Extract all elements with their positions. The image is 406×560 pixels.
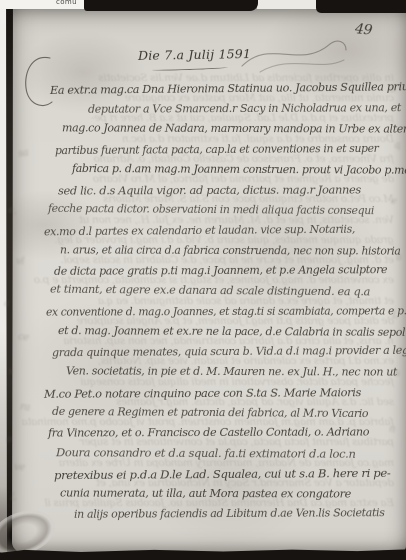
ink-smudge: sa — [17, 147, 29, 159]
bleed-through-line: pretexibus ei p.d.a D.le Lad. Squalea, c… — [14, 112, 394, 124]
ink-smudge: ve — [14, 462, 26, 474]
bleed-through-line: partibus fuerunt facta pacta, cap.la et … — [14, 436, 394, 448]
bleed-through-line: Ven. societatis, in pie et d. M. Mauren … — [14, 214, 394, 226]
ink-smudge: il — [389, 84, 397, 96]
ink-smudge: e — [391, 196, 397, 207]
bleed-through-line: in alijs operibus faciendis ad Libitum d… — [14, 72, 394, 84]
bleed-through-line: cunia numerata, ut illa, aut Mora pastea… — [14, 92, 394, 104]
folio-number: 49 — [354, 21, 373, 39]
ink-smudge: vl — [16, 256, 24, 267]
scan-top-white-gap — [257, 0, 317, 9]
bleed-through-line: fabrica p. d.am mag.m Joannem construen.… — [14, 416, 394, 428]
ink-smudge: a — [4, 298, 10, 309]
bleed-through-line: et timant, et agere ex.e danara ad scale… — [14, 295, 394, 307]
ink-smudge: e, — [8, 205, 17, 216]
scan-strip-label: comu — [56, 0, 77, 6]
heading-swash-flourish — [240, 36, 350, 76]
ink-smudge: L — [9, 492, 16, 504]
bleed-through-line: fra Vincenzo, et o. Francisco de Castell… — [14, 153, 394, 165]
binding-gutter-shadow — [6, 0, 13, 548]
ink-smudge: s — [394, 368, 400, 379]
ink-smudge: ce — [17, 331, 29, 343]
bleed-through-line: n. arus, et alia circa d.a fabrica const… — [14, 335, 394, 347]
bleed-through-line: et d. mag. Joannem et ex.re ne la pace, … — [14, 254, 394, 266]
bleed-through-line: deputator a Vce Smarcend.r Sacy in Nicho… — [14, 477, 394, 489]
ink-smudge: a — [395, 252, 402, 264]
scan-black-band — [84, 0, 258, 11]
date-heading: Die 7.a Julij 1591 — [138, 46, 251, 63]
bleed-through-line: de genere a Regimen et patronia dei fabr… — [14, 173, 394, 185]
bleed-through-line: de dicta pace gratis p.ti mag.i Joannem,… — [14, 315, 394, 327]
bleed-through-line: ex.mo d.l partes ex calendario et laudan… — [14, 355, 394, 367]
bleed-through-line: mag.co Joannea de Nadara, marmorary mand… — [14, 457, 394, 469]
bleed-through-line: ex conventione d. mag.o Joannes, et stag… — [14, 274, 394, 286]
manuscript-scan-page: comu 49 Die 7.a Julij 1591 Ea extr.a mag… — [0, 0, 406, 560]
scan-black-band — [316, 0, 406, 13]
bleed-through-line: Ea extr.a mag.ca Dna Hieronima Statinua … — [14, 497, 394, 509]
bleed-through-line: M.co Pet.o notare cinquino pace con S.ta… — [14, 193, 394, 205]
bleed-through-line: grada quinque menates, quia scura b. Vid… — [14, 234, 394, 246]
bleed-through-line: sed lic. d.s Aquila vigor. ad pacta, dic… — [14, 396, 394, 408]
bleed-through-line: Doura consandro et d.a squal. fa.ti exti… — [14, 133, 394, 145]
ink-smudge: L — [392, 310, 398, 321]
ink-smudge: o — [6, 434, 12, 445]
ink-smudge: ra — [19, 401, 30, 413]
ink-smudge: s — [7, 366, 13, 378]
bleed-through-line: fecche pacta dictor. observationi in med… — [14, 376, 394, 388]
